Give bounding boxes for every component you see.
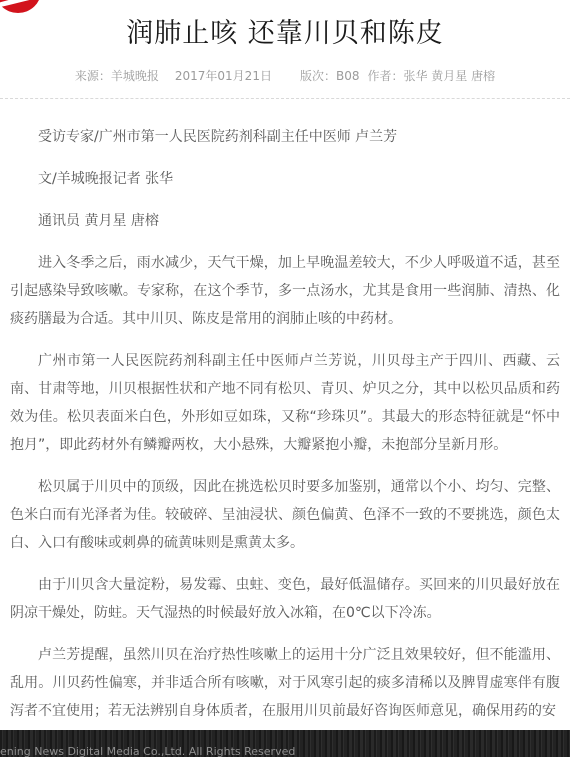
meta-authors: 作者：张华 黄月星 唐榕 bbox=[367, 67, 495, 84]
article-paragraph: 卢兰芳提醒，虽然川贝在治疗热性咳嗽上的运用十分广泛且效果较好，但不能滥用、乱用。… bbox=[10, 641, 560, 725]
footer-copyright: ening News Digital Media Co.,Ltd. All Ri… bbox=[0, 745, 295, 757]
article-paragraph: 受访专家/广州市第一人民医院药剂科副主任中医师 卢兰芳 bbox=[10, 123, 560, 151]
article-meta: 来源：羊城晚报2017年01月21日版次：B08作者：张华 黄月星 唐榕 bbox=[0, 67, 570, 84]
article-paragraph: 通讯员 黄月星 唐榕 bbox=[10, 207, 560, 235]
article-title: 润肺止咳 还靠川贝和陈皮 bbox=[0, 17, 570, 51]
article-paragraph: 文/羊城晚报记者 张华 bbox=[10, 165, 560, 193]
article-paragraph: 松贝属于川贝中的顶级，因此在挑选松贝时要多加鉴别，通常以个小、均匀、完整、色米白… bbox=[10, 473, 560, 557]
meta-edition: 版次：B08 bbox=[300, 67, 360, 84]
article-body: 受访专家/广州市第一人民医院药剂科副主任中医师 卢兰芳文/羊城晚报记者 张华通讯… bbox=[0, 99, 570, 725]
article-paragraph: 进入冬季之后，雨水减少，天气干燥，加上早晚温差较大，不少人呼吸道不适，甚至引起感… bbox=[10, 249, 560, 333]
footer-bar: ening News Digital Media Co.,Ltd. All Ri… bbox=[0, 730, 570, 757]
article-page: 润肺止咳 还靠川贝和陈皮 来源：羊城晚报2017年01月21日版次：B08作者：… bbox=[0, 0, 570, 757]
brand-logo-icon[interactable] bbox=[0, 0, 45, 14]
meta-date: 2017年01月21日 bbox=[175, 67, 272, 84]
article-paragraph: 由于川贝含大量淀粉，易发霉、虫蛀、变色，最好低温储存。买回来的川贝最好放在阴凉干… bbox=[10, 571, 560, 627]
meta-source: 来源：羊城晚报 bbox=[75, 67, 159, 84]
article-paragraph: 广州市第一人民医院药剂科副主任中医师卢兰芳说，川贝母主产于四川、西藏、云南、甘肃… bbox=[10, 347, 560, 459]
article-header: 润肺止咳 还靠川贝和陈皮 来源：羊城晚报2017年01月21日版次：B08作者：… bbox=[0, 0, 570, 99]
